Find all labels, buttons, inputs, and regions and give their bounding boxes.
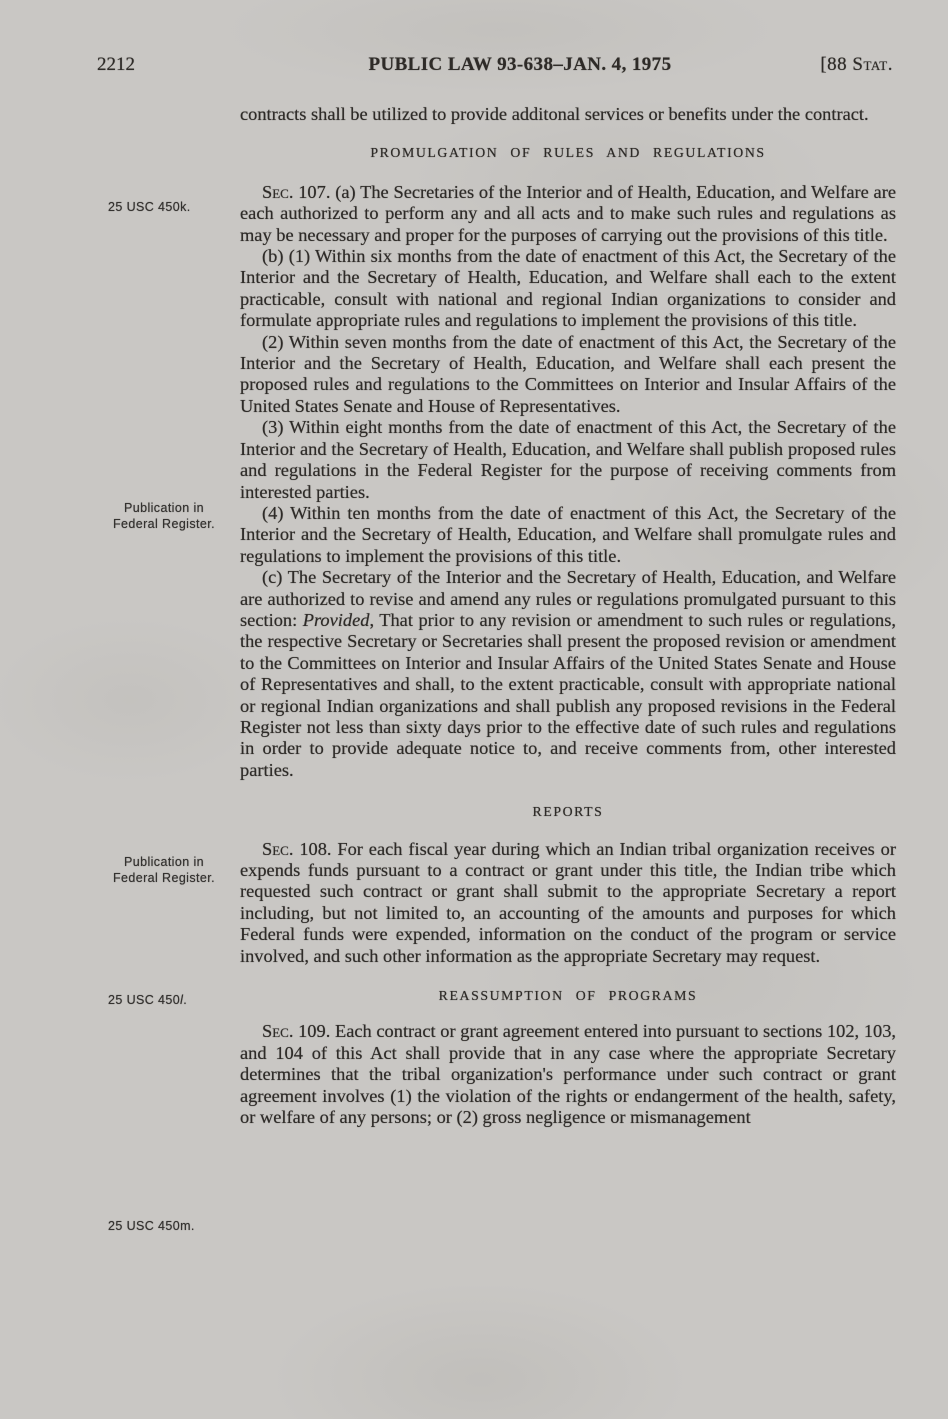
paragraph-text: , That prior to any revision or amendmen… — [240, 610, 896, 780]
paragraph-text: Each contract or grant agreement entered… — [240, 1021, 896, 1127]
sec-107b4-paragraph: (4) Within ten months from the date of e… — [240, 503, 896, 567]
running-head: 2212 PUBLIC LAW 93-638–JAN. 4, 1975 [88 … — [0, 54, 948, 80]
section-heading-reports: REPORTS — [240, 801, 896, 822]
statute-text-column: contracts shall be utilized to provide a… — [240, 104, 896, 1128]
sec-107b2-paragraph: (2) Within seven months from the date of… — [240, 332, 896, 418]
sec-107b3-paragraph: (3) Within eight months from the date of… — [240, 417, 896, 503]
section-heading-reassumption: REASSUMPTION OF PROGRAMS — [240, 985, 896, 1006]
paragraph-text: (2) Within seven months from the date of… — [240, 332, 896, 416]
section-heading-promulgation: PROMULGATION OF RULES AND REGULATIONS — [240, 142, 896, 163]
scanned-statute-page: { "page": { "number": "2212", "running_h… — [0, 0, 948, 1419]
margin-note-line: Publication in — [95, 500, 233, 516]
margin-note-line: Federal Register. — [95, 870, 233, 886]
continuation-paragraph: contracts shall be utilized to provide a… — [240, 104, 896, 125]
sec-107a-paragraph: Sec. 107. (a) The Secretaries of the Int… — [240, 182, 896, 246]
running-head-title: PUBLIC LAW 93-638–JAN. 4, 1975 — [240, 54, 800, 76]
margin-note-line: Publication in — [95, 854, 233, 870]
sec-109-paragraph: Sec. 109. Each contract or grant agreeme… — [240, 1021, 896, 1128]
section-label: Sec. 107. — [262, 182, 330, 202]
paragraph-text: contracts shall be utilized to provide a… — [240, 104, 869, 124]
section-label: Sec. 109. — [262, 1021, 330, 1041]
margin-note-text: 25 USC 450k. — [108, 200, 191, 214]
sec-108-paragraph: Sec. 108. For each fiscal year during wh… — [240, 839, 896, 967]
paragraph-text: For each fiscal year during which an Ind… — [240, 839, 896, 966]
margin-note-usc-450k: 25 USC 450k. — [108, 199, 238, 215]
paragraph-text: (4) Within ten months from the date of e… — [240, 503, 896, 566]
stat-volume-ref: [88 Stat. — [820, 54, 893, 76]
paragraph-text: (a) The Secretaries of the Interior and … — [240, 182, 896, 245]
margin-note-line: Federal Register. — [95, 516, 233, 532]
margin-note-text: 25 USC 450 — [108, 993, 180, 1007]
margin-note-text: . — [183, 993, 187, 1007]
section-label: Sec. 108. — [262, 839, 332, 859]
paragraph-text: (3) Within eight months from the date of… — [240, 417, 896, 501]
margin-note-usc-450m: 25 USC 450m. — [108, 1218, 238, 1234]
sec-107b1-paragraph: (b) (1) Within six months from the date … — [240, 246, 896, 332]
paragraph-text: (b) (1) Within six months from the date … — [240, 246, 896, 330]
margin-note-publication-federal-register-1: Publication in Federal Register. — [95, 500, 233, 532]
margin-note-publication-federal-register-2: Publication in Federal Register. — [95, 854, 233, 886]
margin-note-usc-450l: 25 USC 450l. — [108, 992, 238, 1008]
page-number: 2212 — [97, 54, 135, 76]
sec-107c-paragraph: (c) The Secretary of the Interior and th… — [240, 567, 896, 781]
margin-note-text: 25 USC 450m. — [108, 1219, 195, 1233]
proviso-italic: Provided — [303, 610, 370, 630]
